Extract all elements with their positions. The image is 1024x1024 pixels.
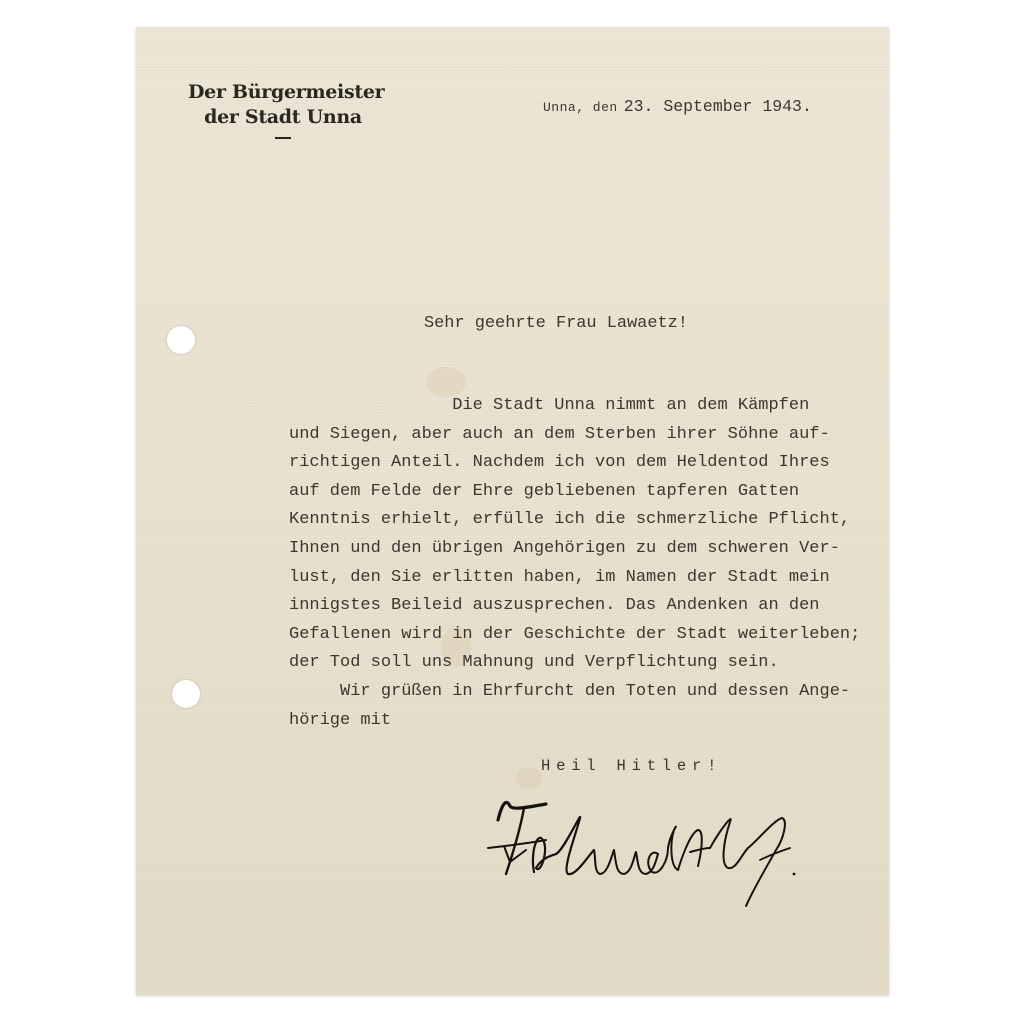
body-line: hörige mit [289, 707, 860, 736]
body-line: Ihnen und den übrigen Angehörigen zu dem… [289, 535, 860, 564]
body-line: Die Stadt Unna nimmt an dem Kämpfen [289, 392, 860, 421]
letterhead-rule [275, 137, 291, 139]
punch-hole-bottom [172, 680, 200, 708]
letter-date: 23. September 1943. [624, 97, 812, 116]
place-date: Unna, den23. September 1943. [543, 97, 812, 116]
body-line: richtigen Anteil. Nachdem ich von dem He… [289, 449, 860, 478]
body-line: Gefallenen wird in der Geschichte der St… [289, 621, 860, 650]
paper-stain [516, 767, 542, 789]
closing-greeting: Heil Hitler! [541, 757, 722, 775]
body-line: auf dem Felde der Ehre gebliebenen tapfe… [289, 478, 860, 507]
salutation: Sehr geehrte Frau Lawaetz! [424, 314, 688, 333]
letterhead-title: Der Bürgermeister [188, 80, 378, 105]
punch-hole-top [167, 326, 195, 354]
letterhead-city: der Stadt Unna [188, 105, 378, 130]
body-line: Wir grüßen in Ehrfurcht den Toten und de… [289, 678, 860, 707]
letter-body: Die Stadt Unna nimmt an dem Kämpfen und … [289, 392, 860, 735]
body-line: lust, den Sie erlitten haben, im Namen d… [289, 564, 860, 593]
body-line: der Tod soll uns Mahnung und Verpflichtu… [289, 649, 860, 678]
body-line: Kenntnis erhielt, erfülle ich die schmer… [289, 506, 860, 535]
place-label: Unna, den [543, 100, 618, 115]
body-line: und Siegen, aber auch an dem Sterben ihr… [289, 421, 860, 450]
signature-icon [484, 790, 834, 910]
letterhead: Der Bürgermeister der Stadt Unna [188, 80, 378, 139]
body-line: innigstes Beileid auszusprechen. Das And… [289, 592, 860, 621]
